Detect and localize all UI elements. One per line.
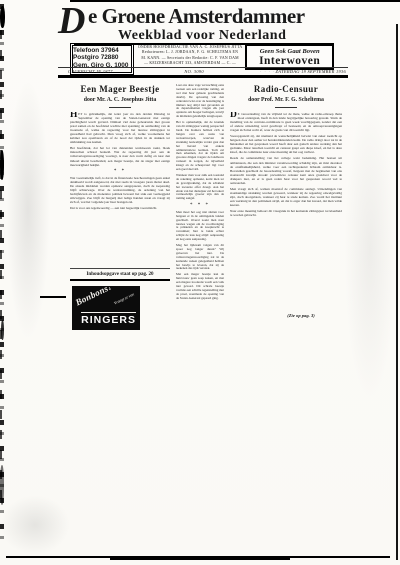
paragraph: Dat is voor ons tegenwoordig — een niet … [70,206,170,210]
dropcap-letter: H [70,112,77,120]
interwoven-ad-box: Geen Sok Gaat Boven Interwoven [245,43,334,70]
article-left-column: Een Mager Beestje door Mr. A. C. Josephu… [70,84,170,340]
title-initial: D [58,4,83,38]
article-right-column: Radio-Censuur door Prof. Mr. F. G. Schel… [230,84,342,340]
dateline-bar: Opgericht in 1877 No. 3090 Zaterdag 19 S… [58,67,348,78]
paragraph: Reeds de samenstelling van het college w… [230,156,342,184]
margin-dash-mark [40,296,66,298]
telefoon-line: Telefoon 37964 [73,47,131,54]
index-note: Inhoudsopgave staat op pag. 20 [70,269,170,279]
ringers-ad-brand: RINGERS [81,312,136,326]
paragraph: Wanneer men voor zulk een toestand de re… [176,174,224,201]
ringers-ad: Bonbons! Vraagt ze van RINGERS [73,287,139,329]
paragraph: Mag het lijdzaam volgen van dit spoor no… [176,244,224,271]
scan-smudge [344,100,396,400]
paragraph: DE veroordeeling van de vrijheid tot de … [230,112,342,132]
scan-right-border [396,24,398,560]
interwoven-slogan: Geen Sok Gaat Boven [248,48,331,55]
masthead: D e Groene Amsterdammer Weekblad voor Ne… [58,6,346,75]
article-left-byline: door Mr. A. C. Josephus Jitta [70,97,170,104]
editorial-line: — KEIZERSGRACHT 333, AMSTERDAM — C. — [138,61,243,66]
byline-divider [109,107,131,108]
paragraph: Het is opmerkelijk, dat de kroniek van d… [176,121,224,172]
section-separator: * * [70,169,170,174]
title-line: e Groene Amsterdammer [74,6,346,26]
paragraph: Laat ons deze vage verwachting eens toet… [176,84,224,119]
article-left-body: HET is gebruikelijk, dat ieder jaar na d… [70,112,170,264]
issue-date: Zaterdag 19 September 1936 [276,69,346,74]
article-right-body: DE veroordeeling van de vrijheid tot de … [230,112,342,310]
paragraph: Men moet het oog niet sluiten voor hetge… [176,211,224,242]
scan-smudge [0,495,70,555]
paragraph: Wat voornamelijk treft, is dat in de fin… [70,176,170,204]
article-right-title: Radio-Censuur [230,84,342,94]
paragraph: Naar onze meening behoort dit vraagstuk … [230,209,342,217]
newspaper-scan-page: D e Groene Amsterdammer Weekblad voor Ne… [0,0,400,565]
paragraph: Men vraagt zich af, welken maatstaf de c… [230,187,342,207]
subtitle-line: Weekblad voor Nederland [74,29,286,45]
issue-number: No. 3090 [184,69,203,74]
article-left-title: Een Mager Beestje [70,84,170,94]
article-middle-body: Laat ons deze vage verwachting eens toet… [176,84,224,301]
interwoven-brand: Interwoven [248,55,331,67]
scan-ink-blob [0,6,5,28]
paragraph: Met een mager beestje kan de huisvrouw g… [176,273,224,300]
dropcap-letter: D [230,112,237,120]
paragraph: Het hoofdstuk, dat het lot van duizenden… [70,146,170,166]
article-right-byline: door Prof. Mr. F. G. Scheltema [230,97,342,104]
scan-ink-blob [0,150,4,180]
scan-bottom-border-thick [110,557,290,560]
newspaper-title: D e Groene Amsterdammer Weekblad voor Ne… [58,6,346,40]
article-middle-column: Laat ons deze vage verwachting eens toet… [176,84,224,340]
continuation-note: (Zie op pag. 3) [230,313,342,318]
ringers-ad-script-text: Bonbons! [74,287,113,307]
index-rule-thick [70,279,170,281]
scan-smudge [6,80,50,340]
section-separator: * * * [176,203,224,208]
founded-date: Opgericht in 1877 [68,69,113,74]
ringers-ad-small-text: Vraagt ze van [113,291,135,305]
byline-divider [275,107,297,108]
scan-top-border [70,0,400,2]
scan-ink-blob [1,320,4,340]
paragraph: HET is gebruikelijk, dat ieder jaar na d… [70,112,170,144]
scan-left-edge-speckles-2 [0,30,2,510]
paragraph: Vooropgesteld zij, dat niemand de wensch… [230,134,342,154]
scan-ink-blob [0,465,4,505]
postgiro-line: Postgiro 72880 [73,54,131,61]
